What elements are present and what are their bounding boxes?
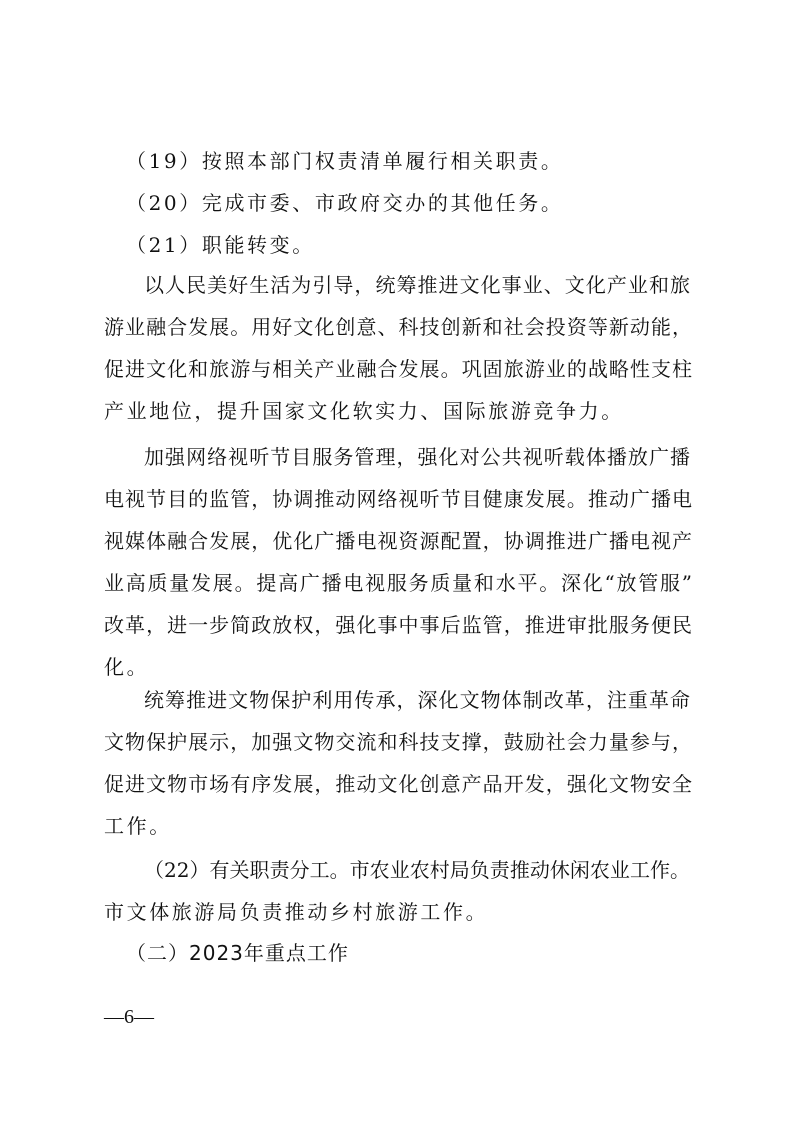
paragraph-line: 游业融合发展。用好文化创意、科技创新和社会投资等新动能， bbox=[104, 314, 692, 340]
paragraph-line: 视媒体融合发展，优化广播电视资源配置，协调推进广播电视产 bbox=[104, 528, 692, 554]
paragraph-line: 电视节目的监管，协调推动网络视听节目健康发展。推动广播电 bbox=[104, 486, 692, 512]
section-heading: （二）2023年重点工作 bbox=[126, 940, 714, 966]
paragraph-line: 促进文物市场有序发展，推动文化创意产品开发，强化文物安全 bbox=[104, 771, 692, 797]
list-item-21: （21）职能转变。 bbox=[126, 232, 714, 258]
paragraph-line: 市文体旅游局负责推动乡村旅游工作。 bbox=[104, 899, 692, 925]
paragraph-line: 统筹推进文物保护利用传承，深化文物体制改革，注重革命 bbox=[144, 687, 690, 713]
paragraph-line: 产业地位，提升国家文化软实力、国际旅游竞争力。 bbox=[104, 398, 692, 424]
list-item-20: （20）完成市委、市政府交办的其他任务。 bbox=[126, 190, 714, 216]
page-number: —6— bbox=[104, 1004, 154, 1030]
paragraph-line: 改革，进一步简政放权，强化事中事后监管，推进审批服务便民 bbox=[104, 612, 692, 638]
paragraph-line: 文物保护展示，加强文物交流和科技支撑，鼓励社会力量参与， bbox=[104, 729, 692, 755]
paragraph-line: 化。 bbox=[104, 654, 692, 680]
paragraph-line: 促进文化和旅游与相关产业融合发展。巩固旅游业的战略性支柱 bbox=[104, 356, 692, 382]
list-item-19: （19）按照本部门权责清单履行相关职责。 bbox=[126, 148, 714, 174]
paragraph-line: 工作。 bbox=[104, 813, 692, 839]
paragraph-line: 以人民美好生活为引导，统筹推进文化事业、文化产业和旅 bbox=[144, 272, 690, 298]
paragraph-line: （22）有关职责分工。市农业农村局负责推动休闲农业工作。 bbox=[144, 857, 690, 883]
paragraph-line: 业高质量发展。提高广播电视服务质量和水平。深化“放管服” bbox=[104, 570, 692, 596]
paragraph-line: 加强网络视听节目服务管理，强化对公共视听载体播放广播 bbox=[144, 444, 690, 470]
